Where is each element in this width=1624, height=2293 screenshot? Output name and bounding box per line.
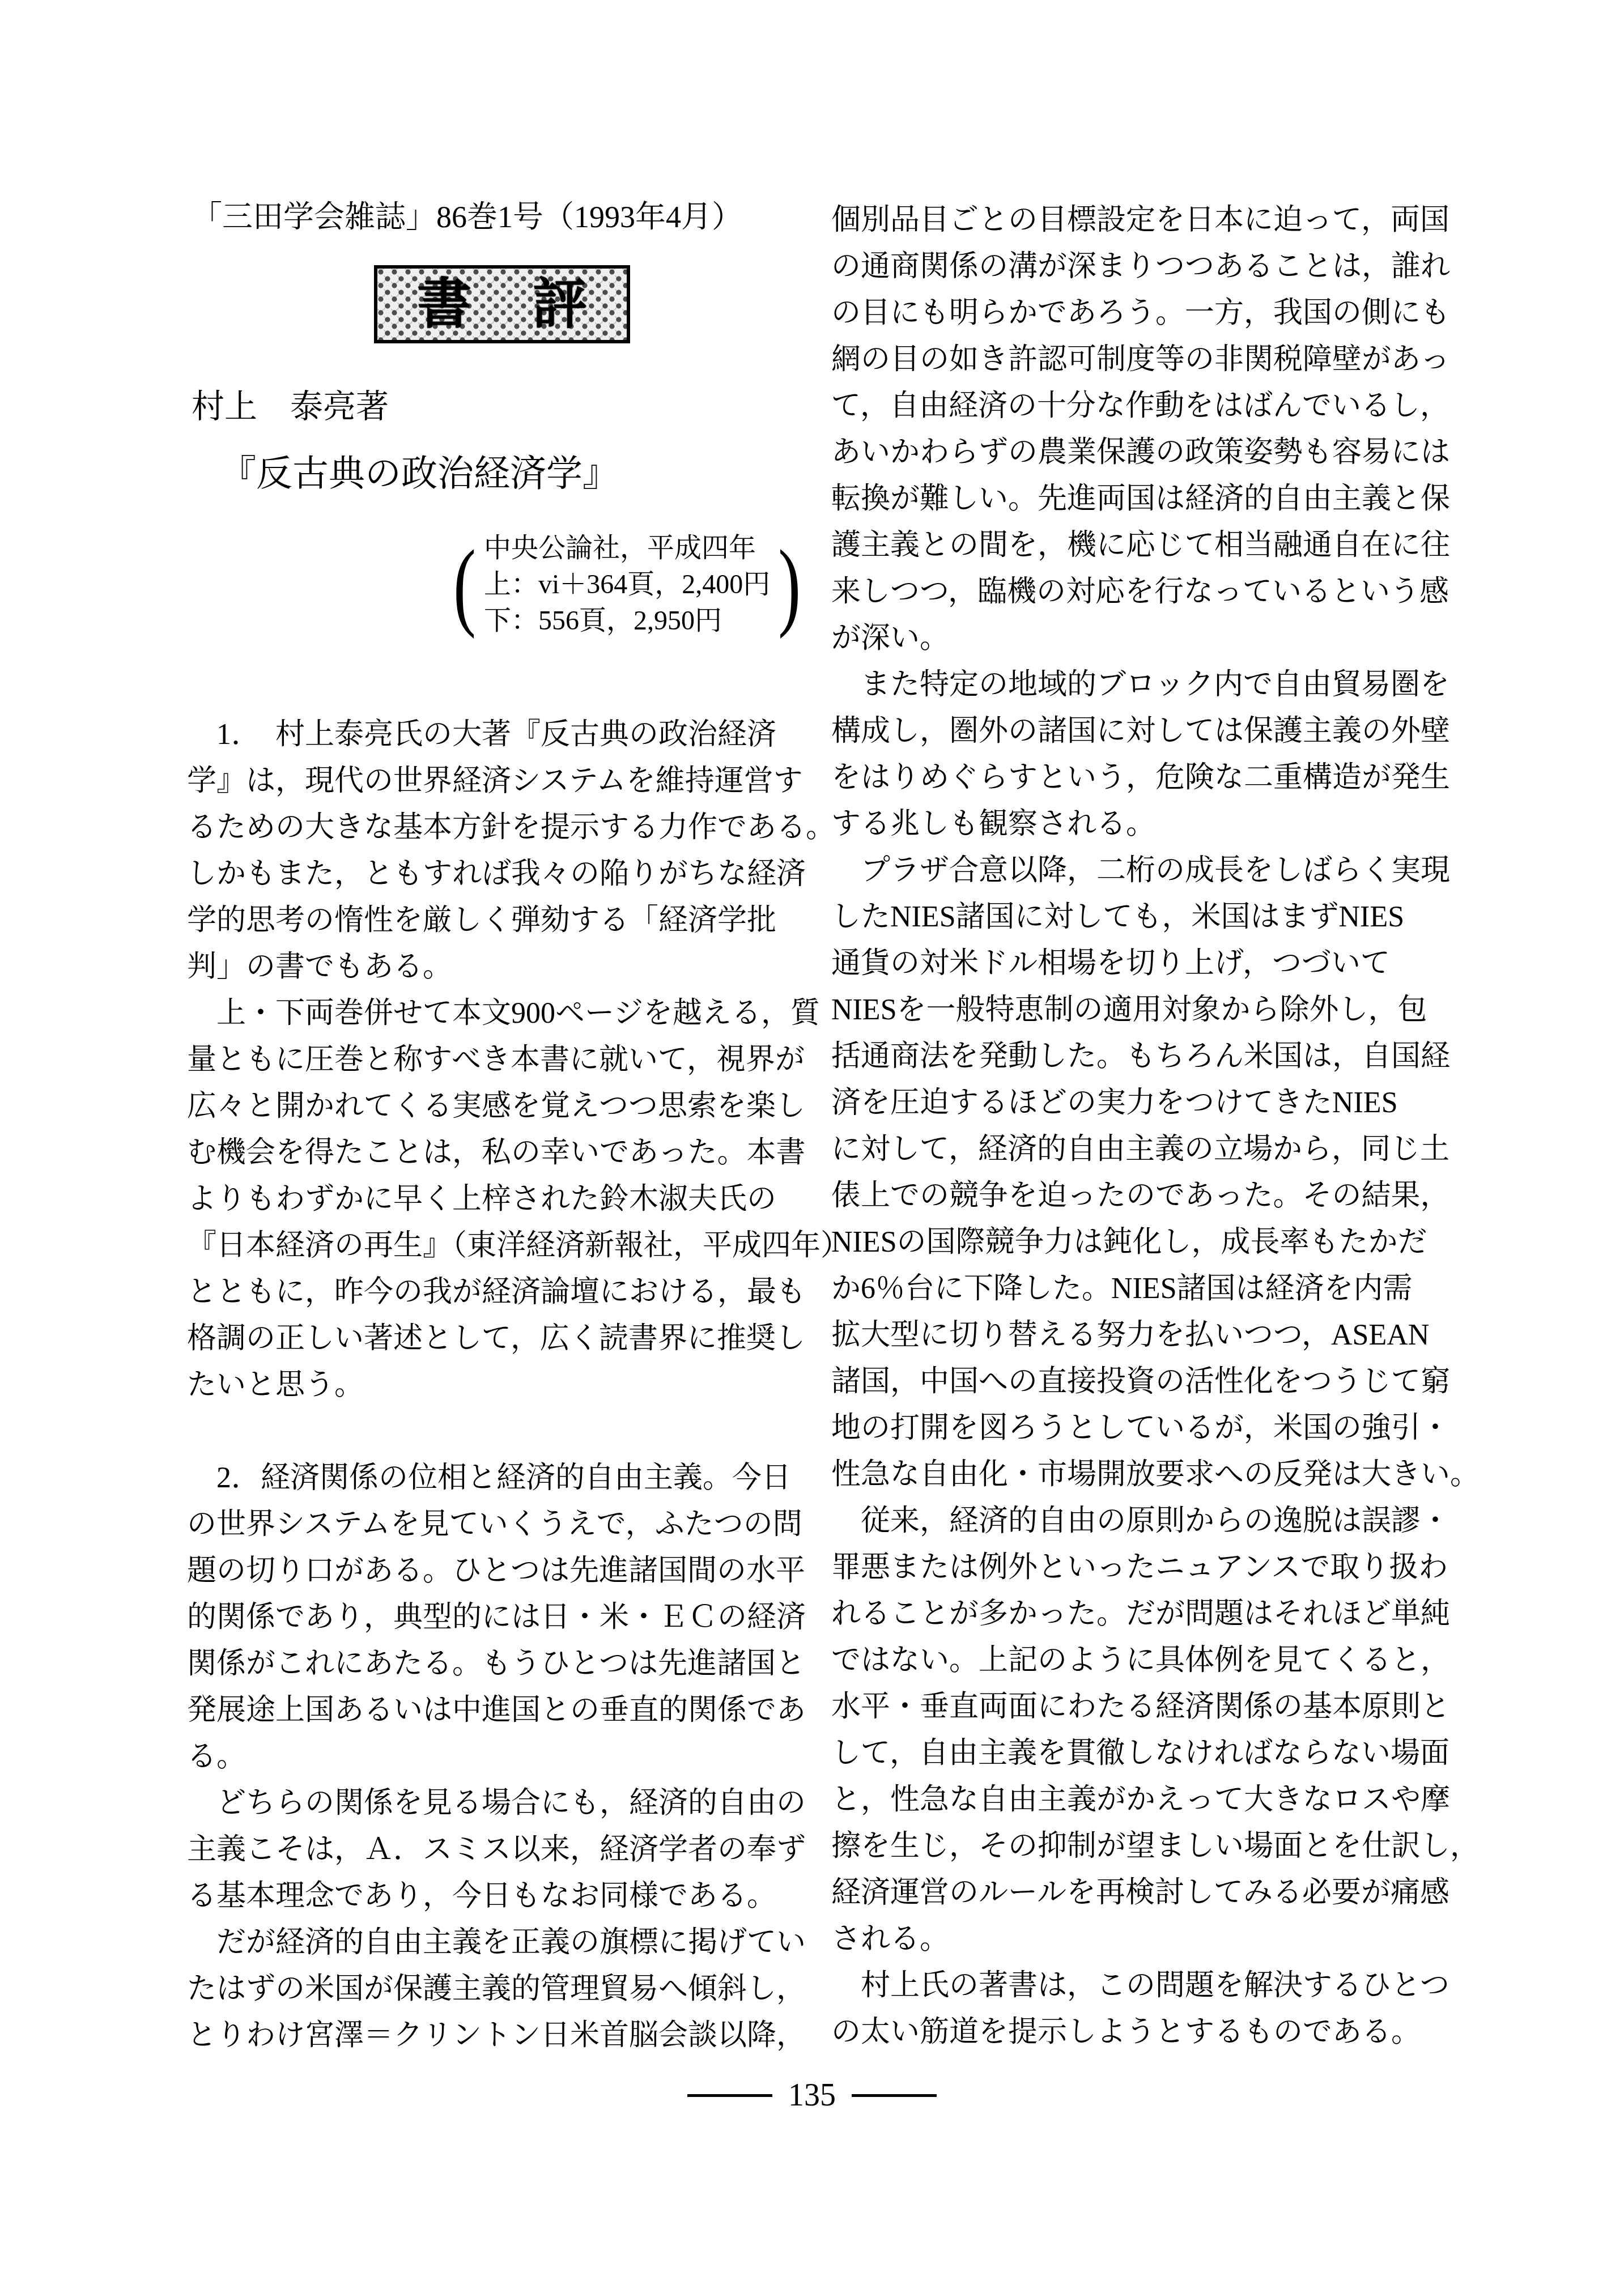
publication-lines: 中央公論社，平成四年上：vi＋364頁，2,400円下：556頁，2,950円 <box>484 530 770 639</box>
text-line: 『日本経済の再生』（東洋経済新報社，平成四年） <box>187 1223 844 1269</box>
text-line: 擦を生じ，その抑制が望ましい場面とを仕訳し， <box>831 1823 1489 1870</box>
author-line: 村上 泰亮著 <box>192 386 389 427</box>
text-line: の世界システムを見ていくうえで，ふたつの問 <box>187 1501 844 1548</box>
text-line: の太い筋道を提示しようとするものである。 <box>831 2009 1489 2056</box>
text-line: また特定の地域的ブロック内で自由貿易圏を <box>831 662 1489 708</box>
text-line: 主義こそは，Ａ．スミス以来，経済学者の奉ず <box>187 1827 844 1873</box>
text-line: 諸国，中国への直接投資の活性化をつうじて窮 <box>831 1359 1489 1405</box>
text-line: たはずの米国が保護主義的管理貿易へ傾斜し， <box>187 1966 844 2013</box>
text-line: だが経済的自由主義を正義の旗標に掲げてい <box>187 1920 844 1966</box>
text-line: して，自由主義を貫徹しなければならない場面 <box>831 1730 1489 1777</box>
text-line: 水平・垂直両面にわたる経済関係の基本原則と <box>831 1684 1489 1730</box>
text-line <box>187 1409 844 1455</box>
text-line: NIESの国際競争力は鈍化し，成長率もたかだ <box>831 1219 1489 1266</box>
text-line: たいと思う。 <box>187 1362 844 1409</box>
text-line: 性急な自由化・市場開放要求への反発は大きい。 <box>831 1452 1489 1498</box>
page-number: 135 <box>665 2078 959 2112</box>
text-line: 地の打開を図ろうとしているが，米国の強引・ <box>831 1405 1489 1452</box>
text-line: プラザ合意以降，二桁の成長をしばらく実現 <box>831 848 1489 894</box>
close-paren: ) <box>778 535 801 634</box>
text-line: れることが多かった。だが問題はそれほど単純 <box>831 1591 1489 1637</box>
text-line: する兆しも観察される。 <box>831 801 1489 848</box>
open-paren: ( <box>453 535 476 634</box>
text-line: とともに，昨今の我が経済論壇における，最も <box>187 1269 844 1316</box>
journal-header: 「三田学会雑誌」86巻1号（1993年4月） <box>192 197 742 237</box>
book-review-label-box: 書 評 <box>374 265 630 343</box>
text-line: が深い。 <box>831 615 1489 662</box>
text-line: しかもまた，ともすれば我々の陥りがちな経済 <box>187 851 844 897</box>
label-char-hyo: 評 <box>533 277 587 331</box>
text-line: 的関係であり，典型的には日・米・ＥＣの経済 <box>187 1594 844 1641</box>
text-line: 転換が難しい。先進両国は経済的自由主義と保 <box>831 476 1489 522</box>
text-line: る基本理念であり，今日もなお同様である。 <box>187 1873 844 1920</box>
text-line: 括通商法を発動した。もちろん米国は，自国経 <box>831 1033 1489 1080</box>
right-text-column: 個別品目ごとの目標設定を日本に迫って，両国の通商関係の溝が深まりつつあることは，… <box>831 197 1489 2056</box>
text-line: 発展途上国あるいは中進国との垂直的関係であ <box>187 1687 844 1734</box>
text-line: 罪悪または例外といったニュアンスで取り扱わ <box>831 1545 1489 1591</box>
text-line: の通商関係の溝が深まりつつあることは，誰れ <box>831 244 1489 290</box>
text-line: 護主義との間を，機に応じて相当融通自在に往 <box>831 522 1489 569</box>
scanned-document-page: 「三田学会雑誌」86巻1号（1993年4月） 書 評 村上 泰亮著 『反古典の政… <box>0 0 1624 2293</box>
text-line: 判」の書でもある。 <box>187 944 844 990</box>
text-line: 2．経済関係の位相と経済的自由主義。今日 <box>187 1455 844 1501</box>
text-line: 個別品目ごとの目標設定を日本に迫って，両国 <box>831 197 1489 244</box>
text-line: 中央公論社，平成四年 <box>484 530 770 567</box>
publication-info: ( 中央公論社，平成四年上：vi＋364頁，2,400円下：556頁，2,950… <box>453 530 801 639</box>
text-line: 拡大型に切り替える努力を払いつつ，ASEAN <box>831 1312 1489 1359</box>
text-line: 通貨の対米ドル相場を切り上げ，つづいて <box>831 941 1489 987</box>
text-line: 来しつつ，臨機の対応を行なっているという感 <box>831 569 1489 615</box>
text-line: とりわけ宮澤＝クリントン日米首脳会談以降， <box>187 2013 844 2059</box>
left-text-column: 1． 村上泰亮氏の大著『反古典の政治経済学』は，現代の世界経済システムを維持運営… <box>187 712 844 2059</box>
text-line: と，性急な自由主義がかえって大きなロスや摩 <box>831 1777 1489 1823</box>
text-line: NIESを一般特恵制の適用対象から除外し，包 <box>831 987 1489 1033</box>
text-line: 村上氏の著書は，この問題を解決するひとつ <box>831 1963 1489 2009</box>
text-line: む機会を得たことは，私の幸いであった。本書 <box>187 1130 844 1176</box>
text-line: 俵上での競争を迫ったのであった。その結果， <box>831 1173 1489 1219</box>
text-line: 従来，経済的自由の原則からの逸脱は誤謬・ <box>831 1498 1489 1545</box>
text-line: 格調の正しい著述として，広く読書界に推奨し <box>187 1316 844 1362</box>
text-line: 学的思考の惰性を厳しく弾劾する「経済学批 <box>187 897 844 944</box>
book-title: 『反古典の政治経済学』 <box>220 451 619 496</box>
text-line: される。 <box>831 1916 1489 1963</box>
text-line: るための大きな基本方針を提示する力作である。 <box>187 805 844 851</box>
text-line: 広々と開かれてくる実感を覚えつつ思索を楽し <box>187 1083 844 1130</box>
text-line: 関係がこれにあたる。もうひとつは先進諸国と <box>187 1641 844 1687</box>
text-line: 下：556頁，2,950円 <box>484 603 770 639</box>
text-line: 量ともに圧巻と称すべき本書に就いて，視界が <box>187 1037 844 1083</box>
text-line: か6％台に下降した。NIES諸国は経済を内需 <box>831 1266 1489 1312</box>
text-line: どちらの関係を見る場合にも，経済的自由の <box>187 1780 844 1827</box>
text-line: 上：vi＋364頁，2,400円 <box>484 567 770 603</box>
page-number-value: 135 <box>788 2078 836 2112</box>
text-line: の目にも明らかであろう。一方，我国の側にも <box>831 290 1489 337</box>
text-line: 構成し，圏外の諸国に対しては保護主義の外壁 <box>831 708 1489 755</box>
text-line: 経済運営のルールを再検討してみる必要が痛感 <box>831 1870 1489 1916</box>
text-line: 1． 村上泰亮氏の大著『反古典の政治経済 <box>187 712 844 758</box>
label-char-sho: 書 <box>417 277 471 331</box>
text-line: て，自由経済の十分な作動をはばんでいるし， <box>831 383 1489 429</box>
text-line: る。 <box>187 1734 844 1780</box>
text-line: 上・下両巻併せて本文900ページを越える，質 <box>187 990 844 1037</box>
text-line: 学』は，現代の世界経済システムを維持運営す <box>187 758 844 805</box>
text-line: 網の目の如き許認可制度等の非関税障壁があっ <box>831 337 1489 383</box>
text-line: 題の切り口がある。ひとつは先進諸国間の水平 <box>187 1548 844 1594</box>
text-line: をはりめぐらすという，危険な二重構造が発生 <box>831 755 1489 801</box>
text-line: に対して，経済的自由主義の立場から，同じ土 <box>831 1126 1489 1173</box>
text-line: よりもわずかに早く上梓された鈴木淑夫氏の <box>187 1176 844 1223</box>
text-line: あいかわらずの農業保護の政策姿勢も容易には <box>831 429 1489 476</box>
text-line: したNIES諸国に対しても，米国はまずNIES <box>831 894 1489 941</box>
text-line: 済を圧迫するほどの実力をつけてきたNIES <box>831 1080 1489 1126</box>
text-line: ではない。上記のように具体例を見てくると， <box>831 1637 1489 1684</box>
